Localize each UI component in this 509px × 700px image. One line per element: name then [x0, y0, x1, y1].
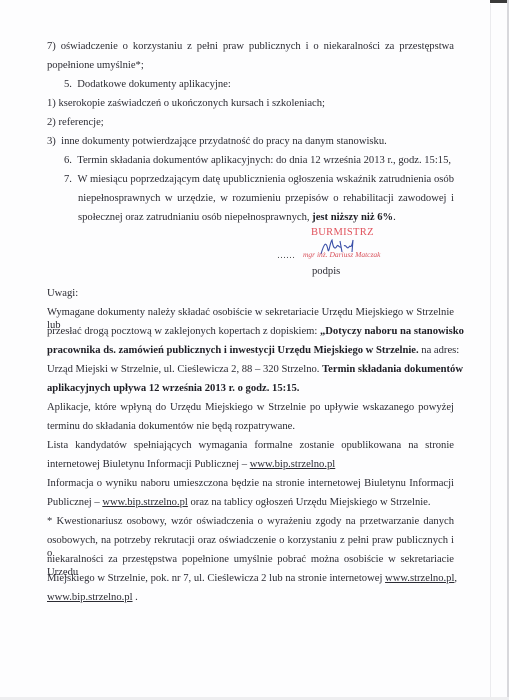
- signature-dots: ……: [277, 250, 295, 260]
- notes-p5-line5-end: .: [133, 592, 138, 603]
- notes-p4-line2: Publicznej – www.bip.strzelno.pl oraz na…: [47, 496, 431, 509]
- notes-p4-line2-text: Publicznej –: [47, 497, 102, 508]
- notes-p5-line4: Miejskiego w Strzelnie, pok. nr 7, ul. C…: [47, 572, 457, 585]
- section-7-line3-text: społecznej oraz zatrudnianiu osób niepeł…: [78, 212, 312, 223]
- notes-p5-line1: * Kwestionariusz osobowy, wzór oświadcze…: [47, 515, 454, 528]
- bip-link-2[interactable]: www.bip.strzelno.pl: [102, 497, 188, 508]
- notes-p4-line1: Informacja o wyniku naboru umieszczona b…: [47, 477, 454, 490]
- list-item-7-line1: 7) oświadczenie o korzystaniu z pełni pr…: [47, 40, 454, 53]
- scanned-page: 7) oświadczenie o korzystaniu z pełni pr…: [0, 0, 509, 700]
- notes-p4-line2-end: oraz na tablicy ogłoszeń Urzędu Miejskie…: [188, 497, 431, 508]
- notes-p1-line2-text: przesłać drogą pocztową w zaklejonych ko…: [47, 326, 320, 337]
- notes-p1-line3-text: na adres:: [419, 345, 460, 356]
- section-5-item-2: 2) referencje;: [47, 116, 104, 129]
- notes-p5-line4-text: Miejskiego w Strzelnie, pok. nr 7, ul. C…: [47, 573, 385, 584]
- notes-p5-line4-end: ,: [454, 573, 457, 584]
- section-7-line1: 7. W miesiącu poprzedzającym datę upubli…: [64, 173, 454, 186]
- notes-p2-line1: Aplikacje, które wpłyną do Urzędu Miejsk…: [47, 401, 454, 414]
- section-7-line2: niepełnosprawnych w urzędzie, w rozumien…: [78, 192, 454, 205]
- mayor-stamp-name: mgr inż. Dariusz Matczak: [303, 250, 381, 259]
- notes-p2-line2: terminu do składania dokumentów nie będą…: [47, 420, 295, 433]
- notes-p1-line3: pracownika ds. zamówień publicznych i in…: [47, 344, 459, 357]
- notes-p3-line2: internetowej Biuletynu Informacji Public…: [47, 458, 335, 471]
- notes-p1-line4-bold: Termin składania dokumentów: [322, 364, 463, 375]
- notes-p1-line3-bold: pracownika ds. zamówień publicznych i in…: [47, 345, 419, 356]
- notes-p1-line4-text: Urząd Miejski w Strzelnie, ul. Cieślewic…: [47, 364, 322, 375]
- notes-p1-line5: aplikacyjnych upływa 12 września 2013 r.…: [47, 382, 299, 395]
- section-7-line3-end: .: [393, 212, 396, 223]
- bip-link[interactable]: www.bip.strzelno.pl: [250, 459, 336, 470]
- notes-p1-line4: Urząd Miejski w Strzelnie, ul. Cieślewic…: [47, 363, 463, 376]
- section-6: 6. Termin składania dokumentów aplikacyj…: [64, 154, 451, 167]
- notes-heading: Uwagi:: [47, 287, 78, 300]
- notes-p3-line2-text: internetowej Biuletynu Informacji Public…: [47, 459, 250, 470]
- scan-edge-line: [490, 4, 491, 700]
- strzelno-link[interactable]: www.strzelno.pl: [385, 573, 454, 584]
- bip-link-3[interactable]: www.bip.strzelno.pl: [47, 592, 133, 603]
- notes-p1-line2: przesłać drogą pocztową w zaklejonych ko…: [47, 325, 464, 338]
- deadline-statement: aplikacyjnych upływa 12 września 2013 r.…: [47, 383, 299, 394]
- section-7-line3: społecznej oraz zatrudnianiu osób niepeł…: [78, 211, 396, 224]
- notes-p1-line2-bold: „Dotyczy naboru na stanowisko: [320, 326, 464, 337]
- section-5-item-1: 1) kserokopie zaświadczeń o ukończonych …: [47, 97, 325, 110]
- list-item-7-line2: popełnione umyślnie*;: [47, 59, 144, 72]
- section-5-heading: 5. Dodatkowe dokumenty aplikacyjne:: [64, 78, 231, 91]
- employment-rate-statement: jest niższy niż 6%: [312, 212, 393, 223]
- section-5-item-3: 3) inne dokumenty potwierdzające przydat…: [47, 135, 387, 148]
- notes-p5-line5: www.bip.strzelno.pl .: [47, 591, 138, 604]
- signature-label: podpis: [312, 266, 340, 277]
- notes-p3-line1: Lista kandydatów spełniających wymagania…: [47, 439, 454, 452]
